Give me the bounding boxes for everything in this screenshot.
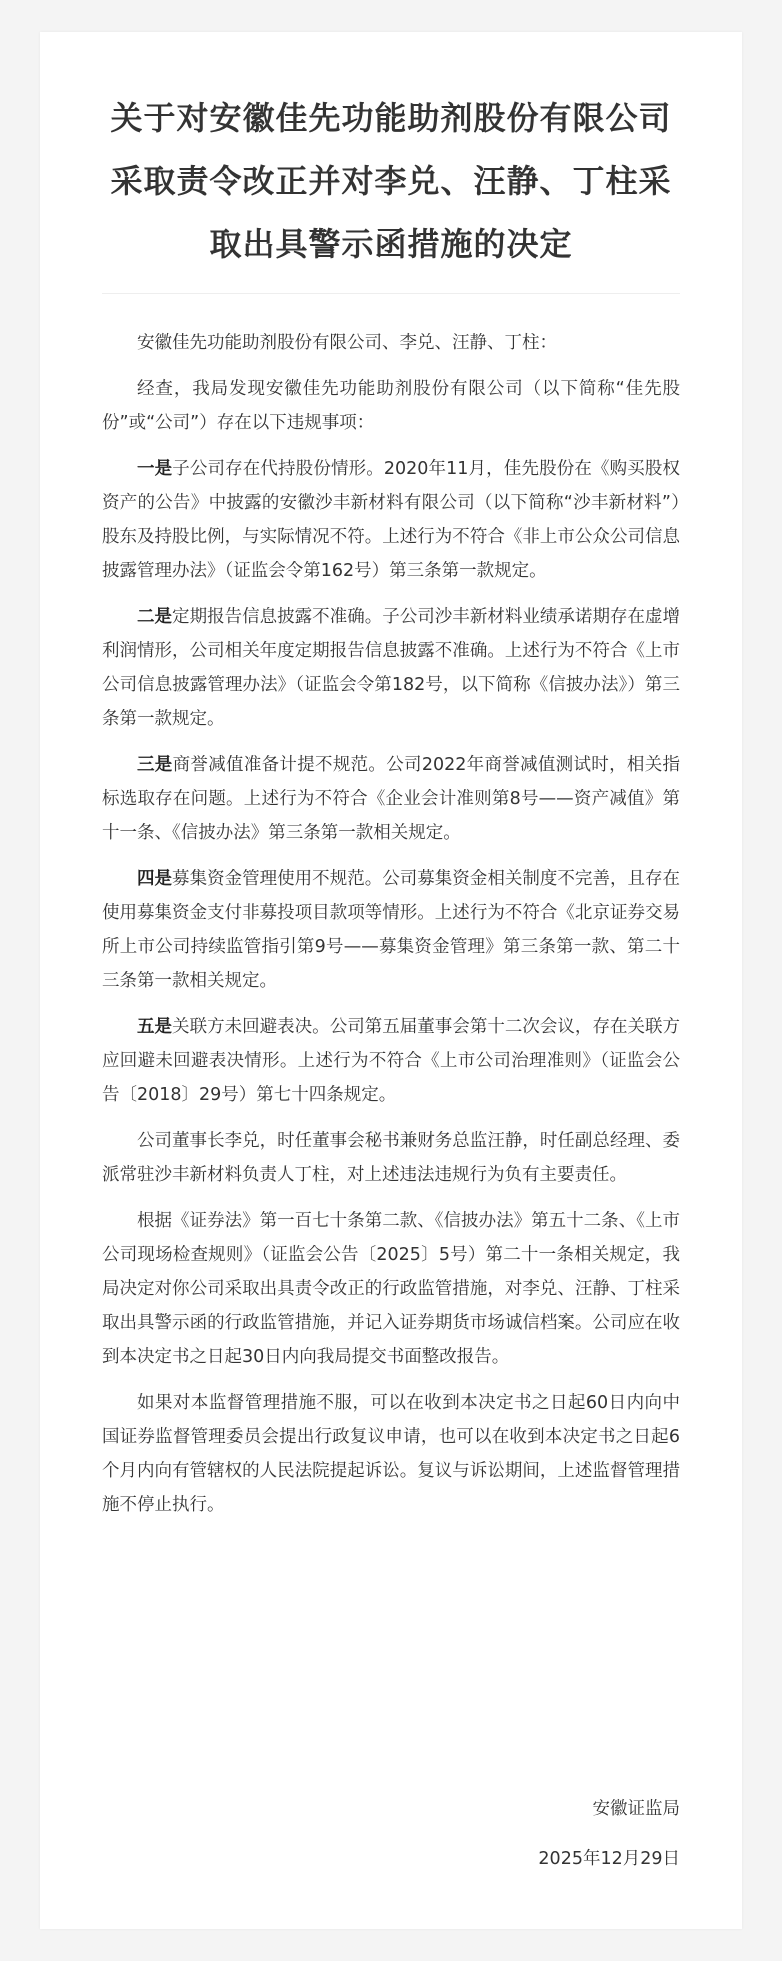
responsibility-paragraph: 公司董事长李兑，时任董事会秘书兼财务总监汪静，时任副总经理、委派常驻沙丰新材料负…	[102, 1124, 680, 1192]
violation-text: 子公司存在代持股份情形。2020年11月，佳先股份在《购买股权资产的公告》中披露…	[102, 459, 680, 581]
document-card: 关于对安徽佳先功能助剂股份有限公司采取责令改正并对李兑、汪静、丁柱采取出具警示函…	[40, 32, 742, 1929]
violation-text: 募集资金管理使用不规范。公司募集资金相关制度不完善，且存在使用募集资金支付非募投…	[102, 869, 680, 991]
violation-item-2: 二是定期报告信息披露不准确。子公司沙丰新材料业绩承诺期存在虚增利润情形，公司相关…	[102, 600, 680, 736]
appeal-paragraph: 如果对本监督管理措施不服，可以在收到本决定书之日起60日内向中国证券监督管理委员…	[102, 1386, 680, 1522]
violation-lead: 五是	[137, 1017, 172, 1037]
violation-item-4: 四是募集资金管理使用不规范。公司募集资金相关制度不完善，且存在使用募集资金支付非…	[102, 862, 680, 998]
document-body: 安徽佳先功能助剂股份有限公司、李兑、汪静、丁柱： 经查，我局发现安徽佳先功能助剂…	[102, 326, 680, 1522]
violation-lead: 一是	[137, 459, 172, 479]
title-divider	[102, 293, 680, 294]
violation-item-1: 一是子公司存在代持股份情形。2020年11月，佳先股份在《购买股权资产的公告》中…	[102, 452, 680, 588]
document-title: 关于对安徽佳先功能助剂股份有限公司采取责令改正并对李兑、汪静、丁柱采取出具警示函…	[102, 32, 680, 276]
violation-item-5: 五是关联方未回避表决。公司第五届董事会第十二次会议，存在关联方应回避未回避表决情…	[102, 1010, 680, 1112]
violation-text: 关联方未回避表决。公司第五届董事会第十二次会议，存在关联方应回避未回避表决情形。…	[102, 1017, 680, 1105]
violation-lead: 三是	[137, 755, 173, 775]
violation-text: 定期报告信息披露不准确。子公司沙丰新材料业绩承诺期存在虚增利润情形，公司相关年度…	[102, 607, 680, 729]
violation-text: 商誉减值准备计提不规范。公司2022年商誉减值测试时，相关指标选取存在问题。上述…	[102, 755, 680, 843]
violation-item-3: 三是商誉减值准备计提不规范。公司2022年商誉减值测试时，相关指标选取存在问题。…	[102, 748, 680, 850]
violation-lead: 四是	[137, 869, 172, 889]
intro-paragraph: 经查，我局发现安徽佳先功能助剂股份有限公司（以下简称“佳先股份”或“公司”）存在…	[102, 372, 680, 440]
signature-organization: 安徽证监局	[593, 1792, 681, 1826]
violation-lead: 二是	[137, 607, 172, 627]
decision-paragraph: 根据《证券法》第一百七十条第二款、《信披办法》第五十二条、《上市公司现场检查规则…	[102, 1204, 680, 1374]
salutation: 安徽佳先功能助剂股份有限公司、李兑、汪静、丁柱：	[102, 326, 680, 360]
signature-date: 2025年12月29日	[538, 1842, 680, 1876]
